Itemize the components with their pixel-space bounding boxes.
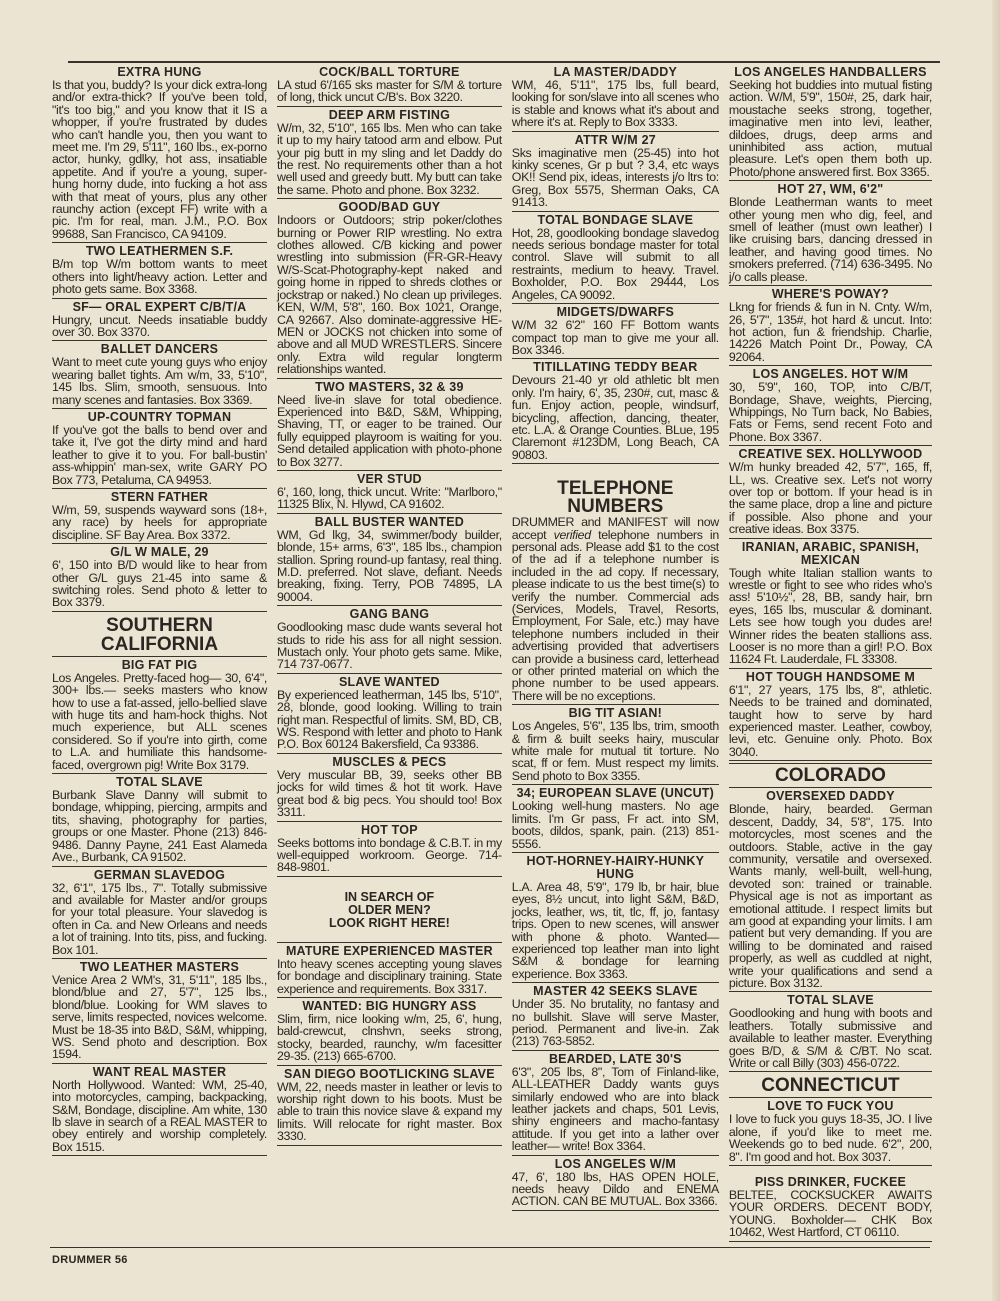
classified-ad: EXTRA HUNGIs that you, buddy? Is your di… bbox=[52, 66, 267, 243]
classified-ad: SAN DIEGO BOOTLICKING SLAVEWM, 22, needs… bbox=[277, 1068, 502, 1146]
region-heading: SOUTHERN CALIFORNIA bbox=[52, 614, 267, 657]
classified-ad: OVERSEXED DADDYBlonde, hairy, bearded. G… bbox=[729, 790, 932, 992]
ad-body: W/m hunky breaded 42, 5'7", 165, ff, LL,… bbox=[729, 461, 932, 535]
classified-ad: HOT 27, WM, 6'2"Blonde Leatherman wants … bbox=[729, 183, 932, 286]
ad-body: I love to fuck you guys 18-35, JO. I liv… bbox=[729, 1113, 932, 1163]
classified-ad: BALLET DANCERSWant to meet cute young gu… bbox=[52, 343, 267, 409]
classified-ad: MUSCLES & PECSVery muscular BB, 39, seek… bbox=[277, 756, 502, 822]
older-men-callout: IN SEARCH OFOLDER MEN?LOOK RIGHT HERE! bbox=[277, 879, 502, 943]
telephone-numbers-notice: TELEPHONENUMBERSDRUMMER and MANIFEST wil… bbox=[512, 466, 719, 705]
ad-body: Need live-in slave for total obedience. … bbox=[277, 394, 502, 468]
ad-body: Indoors or Outdoors; strip poker/clothes… bbox=[277, 214, 502, 375]
ad-title: SAN DIEGO BOOTLICKING SLAVE bbox=[277, 1068, 502, 1081]
ad-title: MUSCLES & PECS bbox=[277, 756, 502, 769]
ad-body: Goodlooking and hung with boots and leat… bbox=[729, 1007, 932, 1069]
ad-body: B/m top W/m bottom wants to meet others … bbox=[52, 258, 267, 295]
callout-line: LOOK RIGHT HERE! bbox=[277, 917, 502, 930]
ad-body: Seeking hot buddies into mutual fisting … bbox=[729, 79, 932, 178]
column-1: EXTRA HUNGIs that you, buddy? Is your di… bbox=[52, 66, 267, 1246]
notice-body: DRUMMER and MANIFEST will now accept ver… bbox=[512, 516, 719, 702]
ad-title: HOT TOUGH HANDSOME M bbox=[729, 671, 932, 684]
ad-body: Hot, 28, goodlooking bondage slavedog ne… bbox=[512, 227, 719, 301]
column-2: COCK/BALL TORTURELA stud 6'/165 sks mast… bbox=[277, 66, 502, 1246]
ad-title: ATTR W/M 27 bbox=[512, 134, 719, 147]
classified-ad: LOS ANGELES HANDBALLERSSeeking hot buddi… bbox=[729, 66, 932, 181]
classified-columns: EXTRA HUNGIs that you, buddy? Is your di… bbox=[52, 66, 932, 1246]
ad-body: Venice Area 2 WM's, 31, 5'11", 185 lbs.,… bbox=[52, 974, 267, 1061]
classified-ad: LOVE TO FUCK YOUI love to fuck you guys … bbox=[729, 1100, 932, 1166]
classified-ad: 34; EUROPEAN SLAVE (UNCUT)Looking well-h… bbox=[512, 787, 719, 853]
ad-body: WM, 22, needs master in leather or levis… bbox=[277, 1081, 502, 1143]
classified-ad: PISS DRINKER, FUCKEEBELTEE, COCKSUCKER A… bbox=[729, 1168, 932, 1242]
classified-ad: TOTAL SLAVEGoodlooking and hung with boo… bbox=[729, 994, 932, 1072]
page-folio: DRUMMER 56 bbox=[52, 1254, 128, 1266]
ad-body: Goodlooking masc dude wants several hot … bbox=[277, 621, 502, 671]
ad-body: W/m, 32, 5'10", 165 lbs. Men who can tak… bbox=[277, 122, 502, 196]
ad-body: Is that you, buddy? Is your dick extra-l… bbox=[52, 79, 267, 240]
ad-body: Hungry, uncut. Needs insatiable buddy ov… bbox=[52, 314, 267, 339]
notice-title: NUMBERS bbox=[512, 498, 719, 516]
classified-ad: TITILLATING TEDDY BEARDevours 21-40 yr o… bbox=[512, 361, 719, 464]
ad-body: Burbank Slave Danny will submit to bonda… bbox=[52, 789, 267, 863]
footer-rule bbox=[50, 1247, 930, 1248]
ad-title: HOT-HORNEY-HAIRY-HUNKY HUNG bbox=[512, 855, 719, 881]
classified-ad: G/L W MALE, 296', 150 into B/D would lik… bbox=[52, 546, 267, 612]
ad-body: LA stud 6'/165 sks master for S/M & tort… bbox=[277, 79, 502, 104]
ad-body: BELTEE, COCKSUCKER AWAITS YOUR ORDERS. D… bbox=[729, 1189, 932, 1239]
classified-ad: IRANIAN, ARABIC, SPANISH, MEXICANTough w… bbox=[729, 541, 932, 669]
ad-title: SF— ORAL EXPERT C/B/T/A bbox=[52, 301, 267, 314]
ad-title: HOT TOP bbox=[277, 824, 502, 837]
classified-ad: BALL BUSTER WANTEDWM, Gd lkg, 34, swimme… bbox=[277, 516, 502, 606]
ad-body: 6', 160, long, thick uncut. Write: "Marl… bbox=[277, 486, 502, 511]
ad-body: Under 35. No brutality, no fantasy and n… bbox=[512, 998, 719, 1048]
classified-ad: SF— ORAL EXPERT C/B/T/AHungry, uncut. Ne… bbox=[52, 301, 267, 342]
classified-ad: TOTAL BONDAGE SLAVEHot, 28, goodlooking … bbox=[512, 214, 719, 304]
ad-body: W/m, 59, suspends wayward sons (18+, any… bbox=[52, 504, 267, 541]
ad-body: Los Angeles. Pretty-faced hog— 30, 6'4",… bbox=[52, 672, 267, 771]
classified-ad: HOT-HORNEY-HAIRY-HUNKY HUNGL.A. Area 48,… bbox=[512, 855, 719, 983]
classified-ad: CREATIVE SEX. HOLLYWOODW/m hunky breaded… bbox=[729, 448, 932, 538]
ad-body: 32, 6'1", 175 lbs., 7". Totally submissi… bbox=[52, 882, 267, 956]
classified-ad: LOS ANGELES W/M47, 6', 180 lbs, HAS OPEN… bbox=[512, 1158, 719, 1211]
classified-ad: HOT TOPSeeks bottoms into bondage & C.B.… bbox=[277, 824, 502, 877]
classified-ad: TWO LEATHER MASTERSVenice Area 2 WM's, 3… bbox=[52, 961, 267, 1064]
ad-body: Blonde, hairy, bearded. German descent, … bbox=[729, 803, 932, 989]
ad-title: DEEP ARM FISTING bbox=[277, 109, 502, 122]
ad-title: GERMAN SLAVEDOG bbox=[52, 869, 267, 882]
ad-title: UP-COUNTRY TOPMAN bbox=[52, 411, 267, 424]
classified-ad: MATURE EXPERIENCED MASTERInto heavy scen… bbox=[277, 945, 502, 998]
classified-ad: WANT REAL MASTERNorth Hollywood. Wanted:… bbox=[52, 1066, 267, 1156]
ad-title: BIG FAT PIG bbox=[52, 659, 267, 672]
ad-title: BALL BUSTER WANTED bbox=[277, 516, 502, 529]
classified-ad: UP-COUNTRY TOPMANIf you've got the balls… bbox=[52, 411, 267, 489]
region-heading: COLORADO bbox=[729, 763, 932, 788]
ad-body: Los Angeles, 5'6", 135 lbs, trim, smooth… bbox=[512, 720, 719, 782]
ad-body: Very muscular BB, 39, seeks other BB joc… bbox=[277, 769, 502, 819]
ad-body: Looking well-hung masters. No age limits… bbox=[512, 800, 719, 850]
classified-ad: WHERE'S POWAY?Lkng for friends & fun in … bbox=[729, 288, 932, 366]
classified-ad: BEARDED, LATE 30'S6'3", 205 lbs, 8", Tom… bbox=[512, 1053, 719, 1156]
ad-body: 47, 6', 180 lbs, HAS OPEN HOLE, needs he… bbox=[512, 1171, 719, 1208]
ad-title: WANT REAL MASTER bbox=[52, 1066, 267, 1079]
ad-title: SLAVE WANTED bbox=[277, 676, 502, 689]
classified-ad: ATTR W/M 27Sks imaginative men (25-45) i… bbox=[512, 134, 719, 212]
ad-body: If you've got the balls to bend over and… bbox=[52, 424, 267, 486]
ad-body: Want to meet cute young guys who enjoy w… bbox=[52, 356, 267, 406]
ad-title: LOS ANGELES W/M bbox=[512, 1158, 719, 1171]
ad-title: BEARDED, LATE 30'S bbox=[512, 1053, 719, 1066]
notice-text: telephone numbers in personal ads. Pleas… bbox=[512, 528, 719, 703]
classified-ad: MASTER 42 SEEKS SLAVEUnder 35. No brutal… bbox=[512, 985, 719, 1051]
ad-body: Lkng for friends & fun in N. Cnty. W/m, … bbox=[729, 301, 932, 363]
classified-ad: HOT TOUGH HANDSOME M6'1", 27 years, 175 … bbox=[729, 671, 932, 761]
classified-ad: TOTAL SLAVEBurbank Slave Danny will subm… bbox=[52, 776, 267, 866]
ad-body: L.A. Area 48, 5'9", 179 lb, br hair, blu… bbox=[512, 881, 719, 980]
ad-title: TWO MASTERS, 32 & 39 bbox=[277, 381, 502, 394]
ad-title: WANTED: BIG HUNGRY ASS bbox=[277, 1000, 502, 1013]
ad-title: TWO LEATHER MASTERS bbox=[52, 961, 267, 974]
top-rule bbox=[68, 61, 940, 63]
page-edge bbox=[992, 0, 1000, 1301]
ad-body: Slim, firm, nice looking w/m, 25, 6', hu… bbox=[277, 1013, 502, 1063]
classified-ad: BIG FAT PIGLos Angeles. Pretty-faced hog… bbox=[52, 659, 267, 774]
ad-body: Sks imaginative men (25-45) into hot kin… bbox=[512, 147, 719, 209]
classified-ad: DEEP ARM FISTINGW/m, 32, 5'10", 165 lbs.… bbox=[277, 109, 502, 199]
classified-ad: LOS ANGELES. HOT W/M30, 5'9", 160, TOP, … bbox=[729, 368, 932, 446]
ad-body: 6'1", 27 years, 175 lbs, 8", athletic. N… bbox=[729, 684, 932, 758]
ad-body: WM, 46, 5'11", 175 lbs, full beard, look… bbox=[512, 79, 719, 129]
classified-ad: SLAVE WANTEDBy experienced leatherman, 1… bbox=[277, 676, 502, 754]
ad-body: Seeks bottoms into bondage & C.B.T. in m… bbox=[277, 837, 502, 874]
column-4: LOS ANGELES HANDBALLERSSeeking hot buddi… bbox=[729, 66, 932, 1246]
column-3: LA MASTER/DADDYWM, 46, 5'11", 175 lbs, f… bbox=[512, 66, 719, 1246]
ad-title: IRANIAN, ARABIC, SPANISH, MEXICAN bbox=[729, 541, 932, 567]
ad-body: 6', 150 into B/D would like to hear from… bbox=[52, 559, 267, 609]
classified-ad: LA MASTER/DADDYWM, 46, 5'11", 175 lbs, f… bbox=[512, 66, 719, 132]
ad-body: Into heavy scenes accepting young slaves… bbox=[277, 958, 502, 995]
callout-line: OLDER MEN? bbox=[277, 904, 502, 917]
ad-body: 6'3", 205 lbs, 8", Tom of Finland-like, … bbox=[512, 1066, 719, 1153]
ad-body: Blonde Leatherman wants to meet other yo… bbox=[729, 196, 932, 283]
ad-body: W/M 32 6'2" 160 FF Bottom wants compact … bbox=[512, 319, 719, 356]
ad-body: North Hollywood. Wanted: WM, 25-40, into… bbox=[52, 1079, 267, 1153]
classified-ad: STERN FATHERW/m, 59, suspends wayward so… bbox=[52, 491, 267, 544]
classified-ad: TWO LEATHERMEN S.F.B/m top W/m bottom wa… bbox=[52, 245, 267, 298]
classified-ad: VER STUD6', 160, long, thick uncut. Writ… bbox=[277, 473, 502, 514]
classified-ad: BIG TIT ASIAN!Los Angeles, 5'6", 135 lbs… bbox=[512, 707, 719, 785]
classified-ad: WANTED: BIG HUNGRY ASSSlim, firm, nice l… bbox=[277, 1000, 502, 1066]
classified-ad: GANG BANGGoodlooking masc dude wants sev… bbox=[277, 608, 502, 674]
ad-body: 30, 5'9", 160, TOP, into C/B/T, Bondage,… bbox=[729, 381, 932, 443]
classified-ad: COCK/BALL TORTURELA stud 6'/165 sks mast… bbox=[277, 66, 502, 107]
ad-body: By experienced leatherman, 145 lbs, 5'10… bbox=[277, 689, 502, 751]
classified-ad: GERMAN SLAVEDOG32, 6'1", 175 lbs., 7". T… bbox=[52, 869, 267, 959]
classified-ad: MIDGETS/DWARFSW/M 32 6'2" 160 FF Bottom … bbox=[512, 306, 719, 359]
classified-ad: TWO MASTERS, 32 & 39Need live-in slave f… bbox=[277, 381, 502, 471]
ad-body: WM, Gd lkg, 34, swimmer/body builder, bl… bbox=[277, 529, 502, 603]
ad-title: MATURE EXPERIENCED MASTER bbox=[277, 945, 502, 958]
callout-line: IN SEARCH OF bbox=[277, 891, 502, 904]
region-heading: CONNECTICUT bbox=[729, 1074, 932, 1098]
ad-body: Devours 21-40 yr old athletic blt men on… bbox=[512, 374, 719, 461]
classified-ad: GOOD/BAD GUYIndoors or Outdoors; strip p… bbox=[277, 201, 502, 378]
ad-body: Tough white Italian stallion wants to wr… bbox=[729, 567, 932, 666]
ad-title: TOTAL BONDAGE SLAVE bbox=[512, 214, 719, 227]
